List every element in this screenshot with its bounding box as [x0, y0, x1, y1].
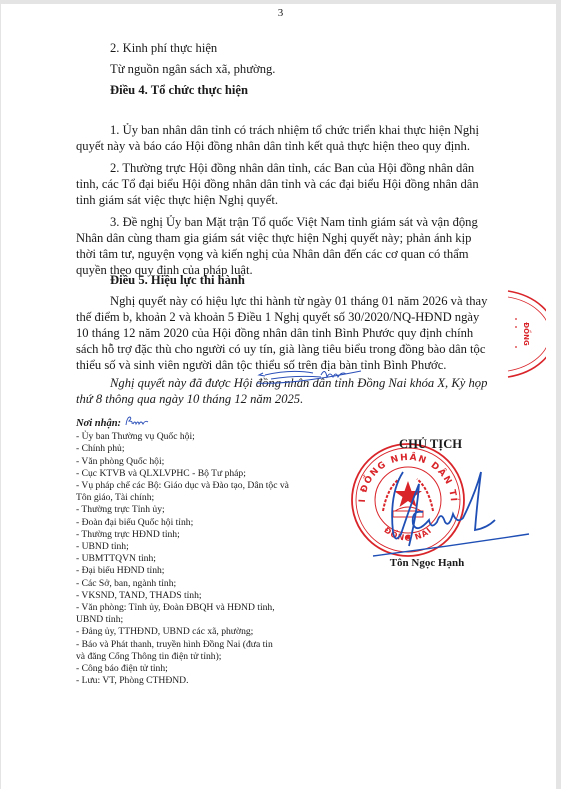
article-4-paragraph: 1. Ủy ban nhân dân tỉnh có trách nhiệm t… [76, 122, 504, 154]
recipient-item: - Đại biểu HĐND tỉnh; [76, 565, 316, 577]
recipient-line: - UBND tỉnh; [76, 541, 316, 553]
text-line: thế điểm b, khoản 2 và khoản 5 Điều 1 Ng… [76, 309, 504, 325]
recipient-line: - Thường trực HĐND tỉnh; [76, 529, 316, 541]
recipient-line: - Báo và Phát thanh, truyền hình Đồng Na… [76, 639, 316, 651]
recipient-item: - Chính phủ; [76, 443, 316, 455]
svg-text:ĐỒNG: ĐỒNG [522, 322, 532, 346]
recipient-line: và đăng Cổng Thông tin điện tử tỉnh); [76, 651, 316, 663]
recipient-line: UBND tỉnh; [76, 614, 316, 626]
handwritten-initial-mark [251, 363, 371, 389]
recipient-line: - Chính phủ; [76, 443, 316, 455]
recipient-line: - Cục KTVB và QLXLVPHC - Bộ Tư pháp; [76, 468, 316, 480]
recipient-item: - Công báo điện tử tỉnh; [76, 663, 316, 675]
article-5-heading: Điều 5. Hiệu lực thi hành [76, 272, 504, 293]
article-4-paragraph: 3. Đề nghị Ủy ban Mặt trận Tổ quốc Việt … [76, 214, 504, 278]
article-4-body: 1. Ủy ban nhân dân tỉnh có trách nhiệm t… [76, 122, 504, 284]
text-line: 3. Đề nghị Ủy ban Mặt trận Tổ quốc Việt … [76, 214, 504, 230]
text-line: tỉnh, các Tổ đại biểu Hội đồng nhân dân … [76, 176, 504, 192]
recipient-line: - Đại biểu HĐND tỉnh; [76, 565, 316, 577]
article-4-paragraph: 2. Thường trực Hội đồng nhân dân tỉnh, c… [76, 160, 504, 208]
recipient-line: - Các Sở, ban, ngành tỉnh; [76, 578, 316, 590]
recipient-line: - Văn phòng Quốc hội; [76, 456, 316, 468]
recipient-item: - Đảng ủy, TTHĐND, UBND các xã, phường; [76, 626, 316, 638]
text-line: Nghị quyết này có hiệu lực thi hành từ n… [76, 293, 504, 309]
recipient-item: - Thường trực Tỉnh ủy; [76, 504, 316, 516]
closing-line-2: thứ 8 thông qua ngày 10 tháng 12 năm 202… [76, 391, 504, 407]
recipient-item: - Báo và Phát thanh, truyền hình Đồng Na… [76, 639, 316, 663]
recipient-item: - UBND tỉnh; [76, 541, 316, 553]
recipient-line: - Ủy ban Thường vụ Quốc hội; [76, 431, 316, 443]
recipient-item: - Văn phòng: Tỉnh ủy, Đoàn ĐBQH và HĐND … [76, 602, 316, 626]
page-number: 3 [1, 7, 560, 19]
document-page: 3 2. Kinh phí thực hiện Từ nguồn ngân sá… [1, 4, 556, 789]
recipient-item: - Vụ pháp chế các Bộ: Giáo dục và Đào tạ… [76, 480, 316, 504]
page-edge-seal-icon: ĐỒNG [506, 289, 546, 379]
recipient-item: - Văn phòng Quốc hội; [76, 456, 316, 468]
recipient-line: - Thường trực Tỉnh ủy; [76, 504, 316, 516]
recipients-label: Nơi nhận: [76, 415, 316, 430]
section-2: 2. Kinh phí thực hiện Từ nguồn ngân sách… [76, 40, 504, 103]
recipient-item: - Các Sở, ban, ngành tỉnh; [76, 578, 316, 590]
handwritten-signature-icon [371, 464, 531, 559]
recipient-item: - Lưu: VT, Phòng CTHĐND. [76, 675, 316, 687]
text-line: 1. Ủy ban nhân dân tỉnh có trách nhiệm t… [76, 122, 504, 138]
recipient-line: - Vụ pháp chế các Bộ: Giáo dục và Đào tạ… [76, 480, 316, 492]
recipient-line: - UBMTTQVN tỉnh; [76, 553, 316, 565]
article-5-paragraph: Nghị quyết này có hiệu lực thi hành từ n… [76, 293, 504, 373]
text-line: tỉnh giám sát việc thực hiện Nghị quyết. [76, 192, 504, 208]
article-4-heading: Điều 4. Tổ chức thực hiện [76, 82, 504, 103]
recipient-line: - Đảng ủy, TTHĐND, UBND các xã, phường; [76, 626, 316, 638]
recipient-item: - Cục KTVB và QLXLVPHC - Bộ Tư pháp; [76, 468, 316, 480]
recipient-line: - VKSND, TAND, THADS tỉnh; [76, 590, 316, 602]
recipient-item: - UBMTTQVN tỉnh; [76, 553, 316, 565]
text-line: quyết này và báo cáo Hội đồng nhân dân t… [76, 138, 504, 154]
signature-block: HỘI ĐỒNG NHÂN DÂN TỈNH ĐỒNG NAI CHỦ TỊCH… [331, 424, 531, 604]
recipient-item: - Đoàn đại biểu Quốc hội tỉnh; [76, 517, 316, 529]
recipient-item: - VKSND, TAND, THADS tỉnh; [76, 590, 316, 602]
recipient-line: - Công báo điện tử tỉnh; [76, 663, 316, 675]
recipient-item: - Thường trực HĐND tỉnh; [76, 529, 316, 541]
recipient-line: - Lưu: VT, Phòng CTHĐND. [76, 675, 316, 687]
signer-title: CHỦ TỊCH [399, 437, 462, 452]
recipient-line: - Văn phòng: Tỉnh ủy, Đoàn ĐBQH và HĐND … [76, 602, 316, 614]
text-line: thời tâm tư, nguyện vọng và kiến nghị củ… [76, 246, 504, 262]
text-line: Nhân dân cùng tham gia giám sát việc thự… [76, 230, 504, 246]
article-5: Điều 5. Hiệu lực thi hành Nghị quyết này… [76, 272, 504, 373]
recipient-item: - Ủy ban Thường vụ Quốc hội; [76, 431, 316, 443]
recipients-list: Nơi nhận: - Ủy ban Thường vụ Quốc hội;- … [76, 415, 316, 687]
text-line: 10 tháng 12 năm 2020 của Hội đồng nhân d… [76, 325, 504, 341]
section-2-heading: 2. Kinh phí thực hiện [76, 40, 504, 61]
section-2-body: Từ nguồn ngân sách xã, phường. [76, 61, 504, 82]
handwritten-initial-icon [124, 415, 152, 427]
recipient-line: - Đoàn đại biểu Quốc hội tỉnh; [76, 517, 316, 529]
recipient-line: Tôn giáo, Tài chính; [76, 492, 316, 504]
text-line: 2. Thường trực Hội đồng nhân dân tỉnh, c… [76, 160, 504, 176]
text-line: sách hỗ trợ đặc thù cho người có uy tín,… [76, 341, 504, 357]
